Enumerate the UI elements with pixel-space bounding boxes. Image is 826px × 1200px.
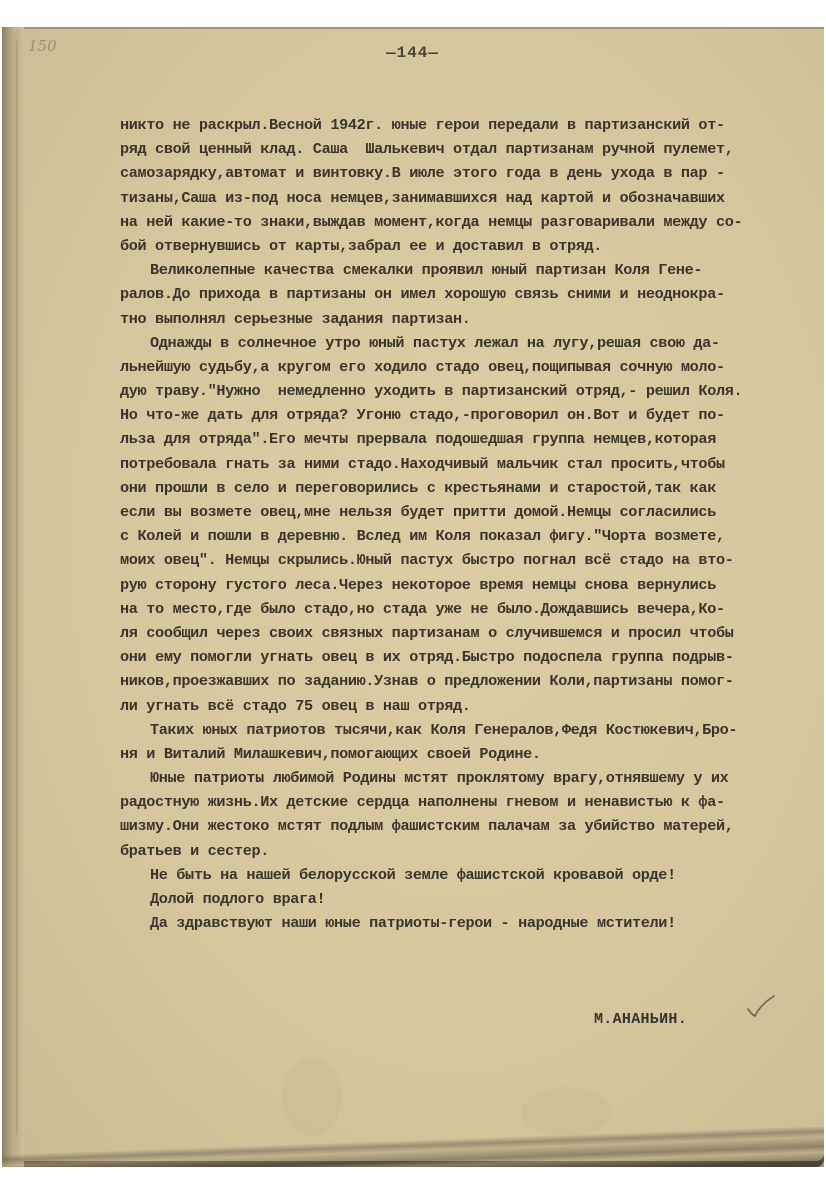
checkmark-icon — [746, 993, 776, 1019]
text-line: потребовала гнать за ними стадо.Находчив… — [120, 452, 800, 476]
text-line: на ней какие-то знаки,выждав момент,когд… — [120, 210, 800, 234]
text-line: тизаны,Саша из-под носа немцев,занимавши… — [120, 186, 800, 210]
paragraph-start-line: Таких юных патриотов тысячи,как Коля Ген… — [120, 718, 800, 742]
page-bottom-edge — [2, 1127, 824, 1167]
text-line: ников,проезжавших по заданию.Узнав о пре… — [120, 669, 800, 693]
text-line: с Колей и пошли в деревню. Вслед им Коля… — [120, 524, 800, 548]
text-line: они прошли в село и переговорились с кре… — [120, 476, 800, 500]
text-line: Но что-же дать для отряда? Угоню стадо,-… — [120, 403, 800, 427]
paper-stain — [522, 1087, 612, 1137]
text-line: ряд свой ценный клад. Саша Шалькевич отд… — [120, 137, 800, 161]
text-line: они ему помогли угнать овец в их отряд.Б… — [120, 645, 800, 669]
text-line: льза для отряда".Его мечты прервала подо… — [120, 427, 800, 451]
paragraph-start-line: Великолепные качества смекалки проявил ю… — [120, 258, 800, 282]
typed-body-text: никто не раскрыл.Весной 1942г. юные геро… — [120, 113, 800, 935]
paper-stain — [282, 1057, 342, 1137]
text-line: радостную жизнь.Их детские сердца наполн… — [120, 790, 800, 814]
paragraph-start-line: Юные патриоты любимой Родины мстят прокл… — [120, 766, 800, 790]
text-line: ня и Виталий Милашкевич,помогающих своей… — [120, 742, 800, 766]
page-number: —144— — [386, 44, 439, 62]
document-page: 150 —144— никто не раскрыл.Весной 1942г.… — [2, 27, 824, 1167]
text-line: шизму.Они жестоко мстят подлым фашистски… — [120, 814, 800, 838]
text-line: ля сообщил через своих связных партизана… — [120, 621, 800, 645]
text-line: самозарядку,автомат и винтовку.В июле эт… — [120, 161, 800, 185]
text-line: льнейшую судьбу,а кругом его ходило стад… — [120, 355, 800, 379]
author-signature: М.АНАНЬИН. — [594, 1011, 687, 1028]
text-line: братьев и сестер. — [120, 839, 800, 863]
slogan-line: Долой подлого врага! — [120, 887, 800, 911]
text-line: бой отвернувшись от карты,забрал ее и до… — [120, 234, 800, 258]
text-line: рую сторону густого леса.Через некоторое… — [120, 573, 800, 597]
text-line: ралов.До прихода в партизаны он имел хор… — [120, 282, 800, 306]
page-binding-edge — [2, 27, 24, 1167]
slogan-line: Да здравствуют наши юные патриоты-герои … — [120, 911, 800, 935]
slogan-line: Не быть на нашей белорусской земле фашис… — [120, 863, 800, 887]
text-line: никто не раскрыл.Весной 1942г. юные геро… — [120, 113, 800, 137]
text-line: дую траву."Нужно немедленно уходить в па… — [120, 379, 800, 403]
text-line: если вы возмете овец,мне нельзя будет пр… — [120, 500, 800, 524]
text-line: на то место,где было стадо,но стада уже … — [120, 597, 800, 621]
paragraph-start-line: Однажды в солнечное утро юный пастух леж… — [120, 331, 800, 355]
text-line: ли угнать всё стадо 75 овец в наш отряд. — [120, 694, 800, 718]
text-line: тно выполнял серьезные задания партизан. — [120, 307, 800, 331]
text-line: моих овец". Немцы скрылись.Юный пастух б… — [120, 548, 800, 572]
archive-number: 150 — [28, 37, 57, 55]
